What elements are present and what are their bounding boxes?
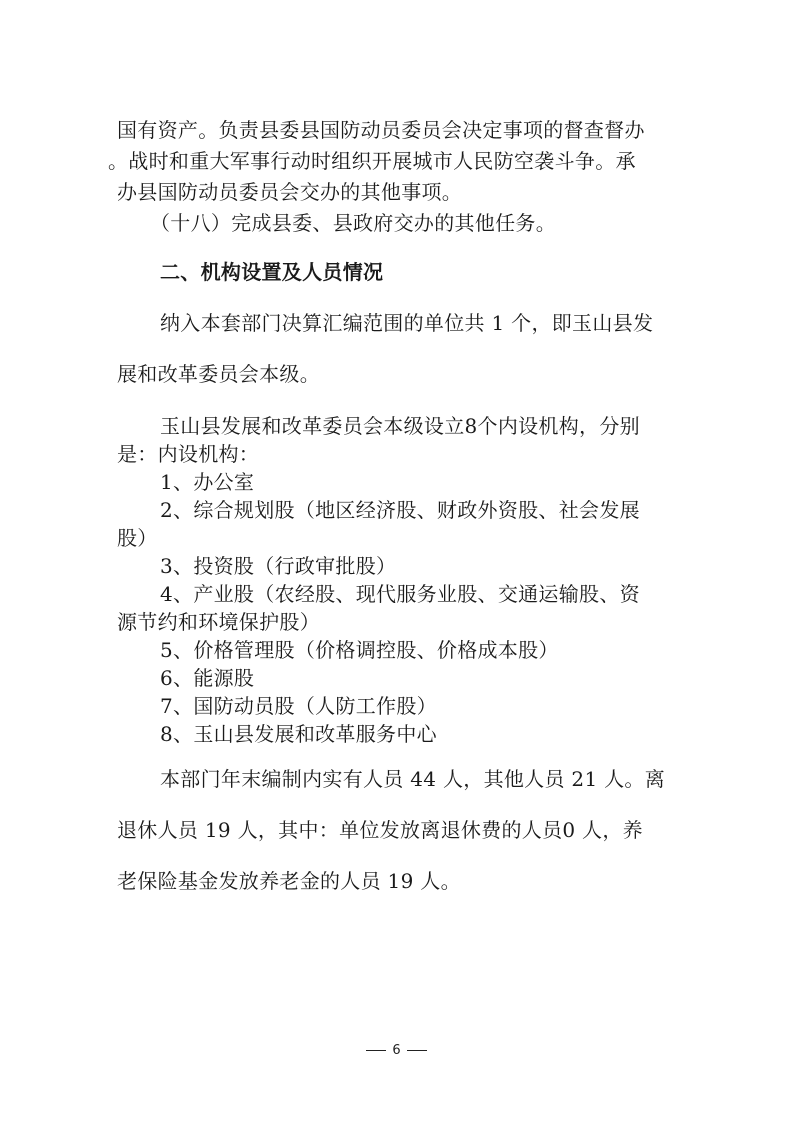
scope-line-2: 展和改革委员会本级。 (117, 362, 320, 386)
staff-line-2: 退休人员 19 人，其中：单位发放离退休费的人员0 人，养 (117, 818, 643, 842)
footer-dash-left (366, 1050, 386, 1051)
staff-line-1: 本部门年末编制内实有人员 44 人，其他人员 21 人。离 (160, 767, 665, 791)
org-item-2: 2、综合规划股（地区经济股、财政外资股、社会发展 (160, 498, 640, 522)
org-intro-line-2: 是：内设机构： (117, 442, 259, 466)
intro-line-2: 。战时和重大军事行动时组织开展城市人民防空袭斗争。承 (108, 149, 636, 173)
org-item-5: 5、价格管理股（价格调控股、价格成本股） (160, 638, 559, 662)
document-page: 国有资产。负责县委县国防动员委员会决定事项的督查督办 。战时和重大军事行动时组织… (0, 0, 793, 1122)
org-item-3: 3、投资股（行政审批股） (160, 554, 396, 578)
org-item-1: 1、办公室 (160, 470, 254, 494)
staff-line-3: 老保险基金发放养老金的人员 19 人。 (117, 869, 461, 893)
page-footer: 6 (0, 1043, 793, 1058)
org-item-2-cont: 股） (117, 526, 158, 550)
item-18: （十八）完成县委、县政府交办的其他任务。 (150, 211, 556, 235)
org-item-6: 6、能源股 (160, 666, 254, 690)
org-intro-line-1: 玉山县发展和改革委员会本级设立8个内设机构，分别 (160, 414, 640, 438)
intro-line-1: 国有资产。负责县委县国防动员委员会决定事项的督查督办 (117, 118, 645, 142)
section-heading: 二、机构设置及人员情况 (160, 260, 383, 284)
intro-line-3: 办县国防动员委员会交办的其他事项。 (117, 180, 462, 204)
page-number: 6 (392, 1043, 400, 1058)
org-item-4-cont: 源节约和环境保护股） (117, 610, 320, 634)
scope-line-1: 纳入本套部门决算汇编范围的单位共 1 个，即玉山县发 (160, 311, 653, 335)
org-item-4: 4、产业股（农经股、现代服务业股、交通运输股、资 (160, 582, 640, 606)
org-item-7: 7、国防动员股（人防工作股） (160, 694, 437, 718)
footer-dash-right (407, 1050, 427, 1051)
org-item-8: 8、玉山县发展和改革服务中心 (160, 722, 437, 746)
